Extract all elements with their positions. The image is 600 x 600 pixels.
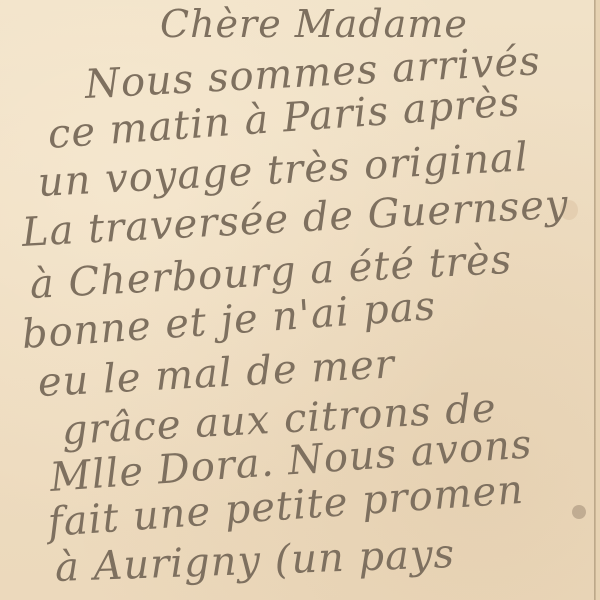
paper-edge <box>596 0 600 600</box>
paper-stain <box>572 505 586 519</box>
salutation: Chère Madame <box>160 2 468 46</box>
